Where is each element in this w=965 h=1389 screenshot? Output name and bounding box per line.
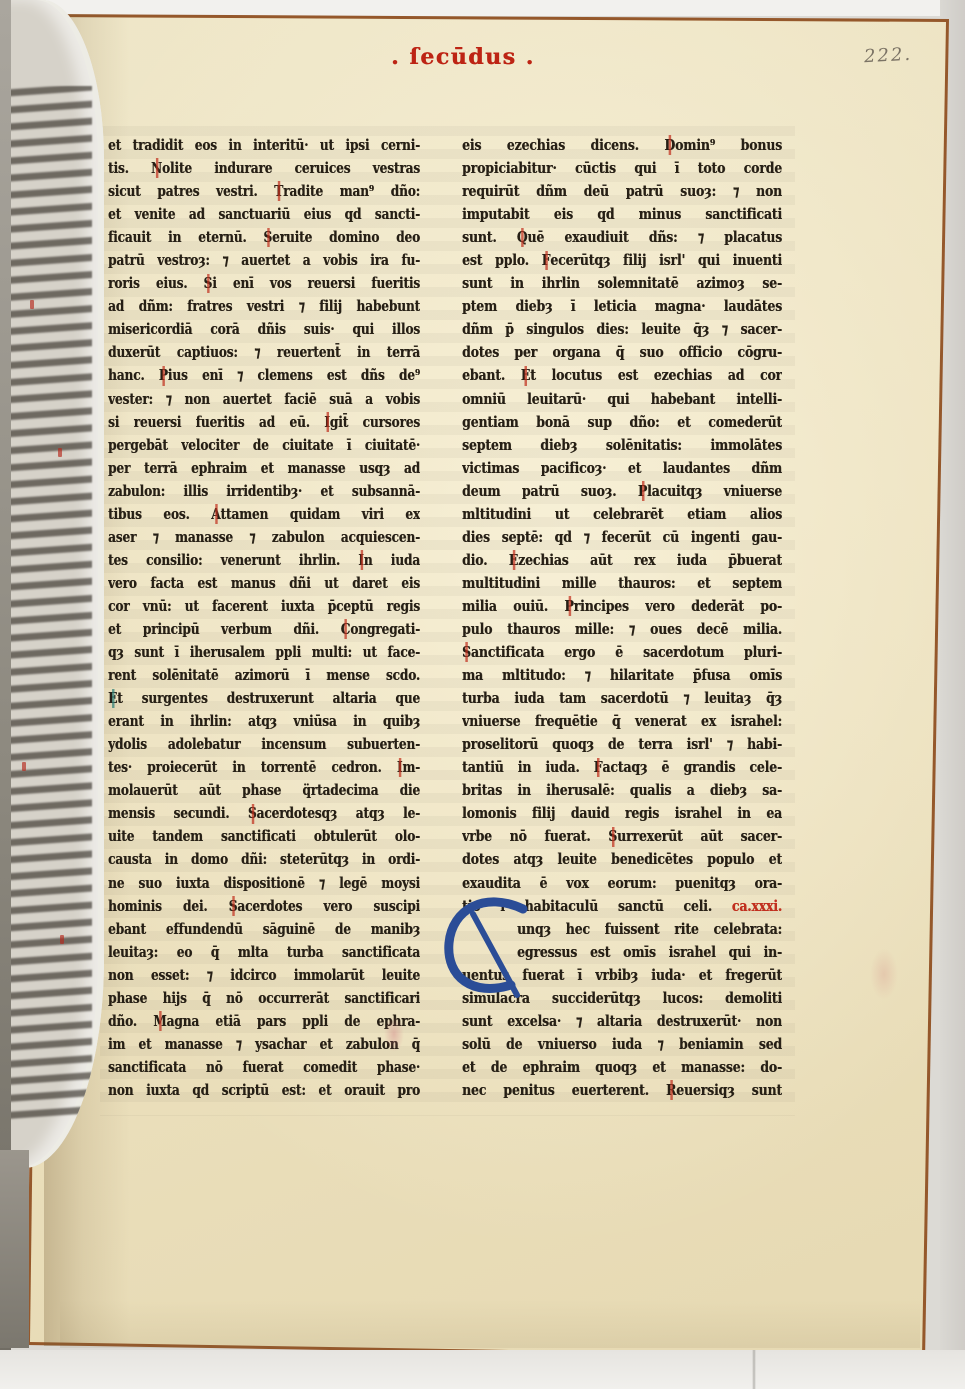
facing-rubric-mark — [58, 448, 62, 457]
text-line: tis. Nolite indurare ceruices vestras — [108, 157, 420, 180]
text-line: non iuxta qd scriptū est: et orauit pro — [108, 1079, 420, 1102]
facing-page-edge — [0, 0, 104, 1168]
backdrop-top — [0, 0, 965, 16]
text-line: solū de vniuerso iuda ⁊ beniamin sed — [462, 1033, 782, 1056]
text-line: causta in domo dñi: steterūtqȝ in ordi- — [108, 848, 420, 871]
text-line: ne suo iuxta dispositionē ⁊ legē moysi — [108, 872, 420, 895]
text-line: ebant. Et locutus est ezechias ad cor — [462, 364, 782, 387]
text-line: et venite ad sanctuariū eius qd sancti- — [108, 203, 420, 226]
backdrop-crease — [752, 1350, 756, 1389]
text-line: im et manasse ⁊ ysachar et zabulon q̄ — [108, 1033, 420, 1056]
text-line: aser ⁊ manasse ⁊ zabulon acquiescen- — [108, 526, 420, 549]
text-line: propiciabitur· cūctis qui ī toto corde — [462, 157, 782, 180]
text-line: omniū leuitarū· qui habebant intelli- — [462, 388, 782, 411]
text-line: dotes per organa q̄ suo officio cōgru- — [462, 341, 782, 364]
text-line: pulo thauros mille: ⁊ oues decē milia. — [462, 618, 782, 641]
text-line: mensis secundi. Sacerdotesqȝ atqȝ le- — [108, 802, 420, 825]
manuscript-photo: . ſecūdus . 222. et tradidit eos in inte… — [0, 0, 965, 1389]
text-line: ad dñm: fratres vestri ⁊ filij habebunt — [108, 295, 420, 318]
text-line: duxerūt captiuos: ⁊ reuertent̄ in terrā — [108, 341, 420, 364]
foot-shadow — [60, 1300, 920, 1348]
text-line: septem diebȝ solēnitatis: immolātes — [462, 434, 782, 457]
text-line: gentiam bonā sup dño: et comederūt — [462, 411, 782, 434]
facing-rubric-mark — [60, 935, 64, 944]
text-line: dotes atqȝ leuite benedicētes populo et — [462, 848, 782, 871]
text-line: et tradidit eos in interitū· ut ipsi cer… — [108, 134, 420, 157]
text-line: phase hijs q̄ nō occurrerāt sanctificari — [108, 987, 420, 1010]
text-line: sunt excelsa· ⁊ altaria destruxerūt· non — [462, 1010, 782, 1033]
text-line: roris eius. Si enī vos reuersi fueritis — [108, 272, 420, 295]
text-line: tes consilio: venerunt ihrlin. In iuda — [108, 549, 420, 572]
text-line: dies septē: qd ⁊ fecerūt cū ingenti gau- — [462, 526, 782, 549]
facing-rubric-mark — [22, 762, 26, 771]
text-line: molauerūt aūt phase q̈rtadecima die — [108, 779, 420, 802]
text-line: nec penitus euerterent. Reuersiqȝ sunt — [462, 1079, 782, 1102]
chapter-initial-icon — [443, 897, 529, 999]
text-line: ma mltitudo: ⁊ hilaritate p̄fusa omīs — [462, 664, 782, 687]
text-line: turba iuda tam sacerdotū ⁊ leuitaȝ q̄ȝ — [462, 687, 782, 710]
text-line: tibus eos. Attamen quidam viri ex — [108, 503, 420, 526]
text-line: pergebāt velociter de ciuitate ī ciuitat… — [108, 434, 420, 457]
text-line: qȝ sunt ī iherusalem ppli multi: ut face… — [108, 641, 420, 664]
running-title: . ſecūdus . — [391, 44, 535, 70]
text-line: dio. Ezechias aūt rex iuda p̄buerat — [462, 549, 782, 572]
text-line: sanctificata nō fuerat comedit phase· — [108, 1056, 420, 1079]
text-line: victimas pacificoȝ· et laudantes dñm — [462, 457, 782, 480]
backdrop-bottom — [0, 1350, 965, 1389]
text-line: hominis dei. Sacerdotes vero suscipi — [108, 895, 420, 918]
text-line: mltitudini ut celebrarēt etiam alios — [462, 503, 782, 526]
text-line: et de ephraim quoqȝ et manasse: do- — [462, 1056, 782, 1079]
text-line: ptem diebȝ ī leticia magna· laudātes — [462, 295, 782, 318]
left-column: et tradidit eos in interitū· ut ipsi cer… — [108, 134, 420, 1102]
text-line: multitudini mille thauros: et septem — [462, 572, 782, 595]
text-line: britas in iherusalē: qualis a diebȝ sa- — [462, 779, 782, 802]
text-line: ebant effundendū sāguinē de manibȝ — [108, 918, 420, 941]
text-line: vrbe nō fuerat. Surrexerūt aūt sacer- — [462, 825, 782, 848]
text-line: hanc. Pius enī ⁊ clemens est dñs de⁹ — [108, 364, 420, 387]
folio-number: 222. — [863, 44, 912, 67]
binding-corner — [0, 1150, 29, 1348]
text-line: cor vnū: ut facerent iuxta p̄ceptū regis — [108, 595, 420, 618]
text-line: vero facta est manus dñi ut daret eis — [108, 572, 420, 595]
text-line: proselitorū quoqȝ de terra isrl' ⁊ habi- — [462, 733, 782, 756]
text-line: vniuerse frequētie q̄ venerat ex israhel… — [462, 710, 782, 733]
text-line: ydolis adolebatur incensum subuerten- — [108, 733, 420, 756]
text-line: misericordiā corā dñis suis· qui illos — [108, 318, 420, 341]
text-line: dñm p̄ singulos dies: leuite q̄ȝ ⁊ sacer… — [462, 318, 782, 341]
text-line: lomonis filij dauid regis israhel in ea — [462, 802, 782, 825]
text-line: eis ezechias dicens. Domin⁹ bonus — [462, 134, 782, 157]
text-line: dño. Magna etiā pars ppli de ephra- — [108, 1010, 420, 1033]
text-line: deum patrū suoȝ. Placuitqȝ vniuerse — [462, 480, 782, 503]
text-line: per terrā ephraim et manasse usqȝ ad — [108, 457, 420, 480]
text-line: uite tandem sanctificati obtulerūt olo- — [108, 825, 420, 848]
text-line: Sanctificata ergo ē sacerdotum pluri- — [462, 641, 782, 664]
text-line: si reuersi fueritis ad eū. Igit̄ cursore… — [108, 411, 420, 434]
text-line: imputabit eis qd minus sanctificati — [462, 203, 782, 226]
text-line: zabulon: illis irridentibȝ· et subsannā- — [108, 480, 420, 503]
text-line: sunt. Quē exaudiuit dñs: ⁊ placatus — [462, 226, 782, 249]
text-line: sunt in ihrlin solemnitatē azimoȝ se- — [462, 272, 782, 295]
text-line: requirūt dñm deū patrū suoȝ: ⁊ non — [462, 180, 782, 203]
text-line: exaudita ē vox eorum: puenitqȝ ora- — [462, 872, 782, 895]
text-line: ficauit in eternū. Seruite domino deo — [108, 226, 420, 249]
facing-page-text — [0, 86, 92, 1122]
text-line: et principū verbum dñi. Congregati- — [108, 618, 420, 641]
facing-rubric-mark — [30, 300, 34, 309]
text-line: tantiū in iuda. Factaqȝ ē grandis cele- — [462, 756, 782, 779]
text-line: erant in ihrlin: atqȝ vniūsa in quibȝ — [108, 710, 420, 733]
text-line: non esset: ⁊ idcirco immolarūt leuite — [108, 964, 420, 987]
text-line: vester: ⁊ non auertet faciē suā a vobis — [108, 388, 420, 411]
text-line: Et surgentes destruxerunt altaria que — [108, 687, 420, 710]
text-line: milia ouiū. Principes vero dederāt po- — [462, 595, 782, 618]
text-line: sicut patres vestri. Tradite man⁹ dño: — [108, 180, 420, 203]
text-line: leuitaȝ: eo q̄ mlta turba sanctificata — [108, 941, 420, 964]
text-line: est pplo. Fecerūtqȝ filij isrl' qui inue… — [462, 249, 782, 272]
text-line: patrū vestroȝ: ⁊ auertet a vobis ira fu- — [108, 249, 420, 272]
text-line: tes· proiecerūt in torrentē cedron. Im- — [108, 756, 420, 779]
text-line: rent solēnitatē azimorū ī mense scdo. — [108, 664, 420, 687]
